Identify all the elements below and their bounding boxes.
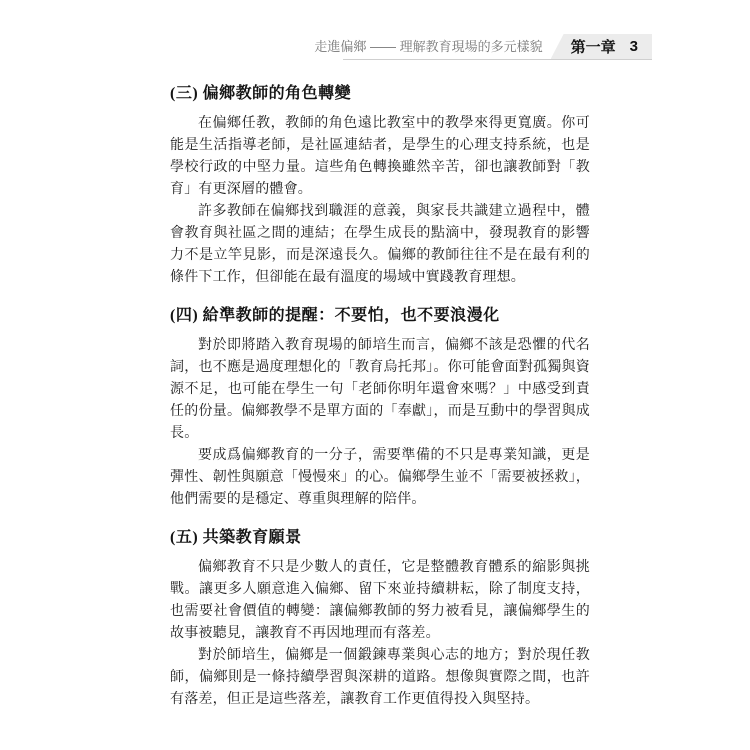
paragraph: 對於師培生，偏鄉是一個鍛鍊專業與心志的地方；對於現任教師，偏鄉則是一條持續學習與… bbox=[170, 645, 590, 711]
paragraph: 在偏鄉任教，教師的角色遠比教室中的教學來得更寬廣。你可能是生活指導老師，是社區連… bbox=[170, 113, 590, 201]
page-content: (三) 偏鄉教師的角色轉變 在偏鄉任教，教師的角色遠比教室中的教學來得更寬廣。你… bbox=[170, 82, 590, 711]
section-4: (四) 給準教師的提醒：不要怕，也不要浪漫化 對於即將踏入教育現場的師培生而言，… bbox=[170, 304, 590, 511]
page-header: 走進偏鄉 —— 理解教育現場的多元樣貌 第一章 3 bbox=[343, 34, 652, 60]
paragraph: 偏鄉教育不只是少數人的責任，它是整體教育體系的縮影與挑戰。讓更多人願意進入偏鄉、… bbox=[170, 557, 590, 645]
section-5: (五) 共築教育願景 偏鄉教育不只是少數人的責任，它是整體教育體系的縮影與挑戰。… bbox=[170, 526, 590, 711]
page-number: 3 bbox=[630, 38, 638, 55]
section-heading: (五) 共築教育願景 bbox=[170, 526, 590, 549]
paragraph: 要成爲偏鄉教育的一分子，需要準備的不只是專業知識，更是彈性、韌性與願意「慢慢來」… bbox=[170, 445, 590, 511]
chapter-band: 第一章 3 bbox=[551, 34, 652, 59]
section-3: (三) 偏鄉教師的角色轉變 在偏鄉任教，教師的角色遠比教室中的教學來得更寬廣。你… bbox=[170, 82, 590, 289]
section-heading: (四) 給準教師的提醒：不要怕，也不要浪漫化 bbox=[170, 304, 590, 327]
paragraph: 對於即將踏入教育現場的師培生而言，偏鄉不該是恐懼的代名詞，也不應是過度理想化的「… bbox=[170, 335, 590, 445]
chapter-label: 第一章 bbox=[571, 36, 616, 57]
paragraph: 許多教師在偏鄉找到職涯的意義，與家長共識建立過程中，體會教育與社區之間的連結；在… bbox=[170, 201, 590, 289]
section-heading: (三) 偏鄉教師的角色轉變 bbox=[170, 82, 590, 105]
running-title: 走進偏鄉 —— 理解教育現場的多元樣貌 bbox=[314, 34, 550, 59]
